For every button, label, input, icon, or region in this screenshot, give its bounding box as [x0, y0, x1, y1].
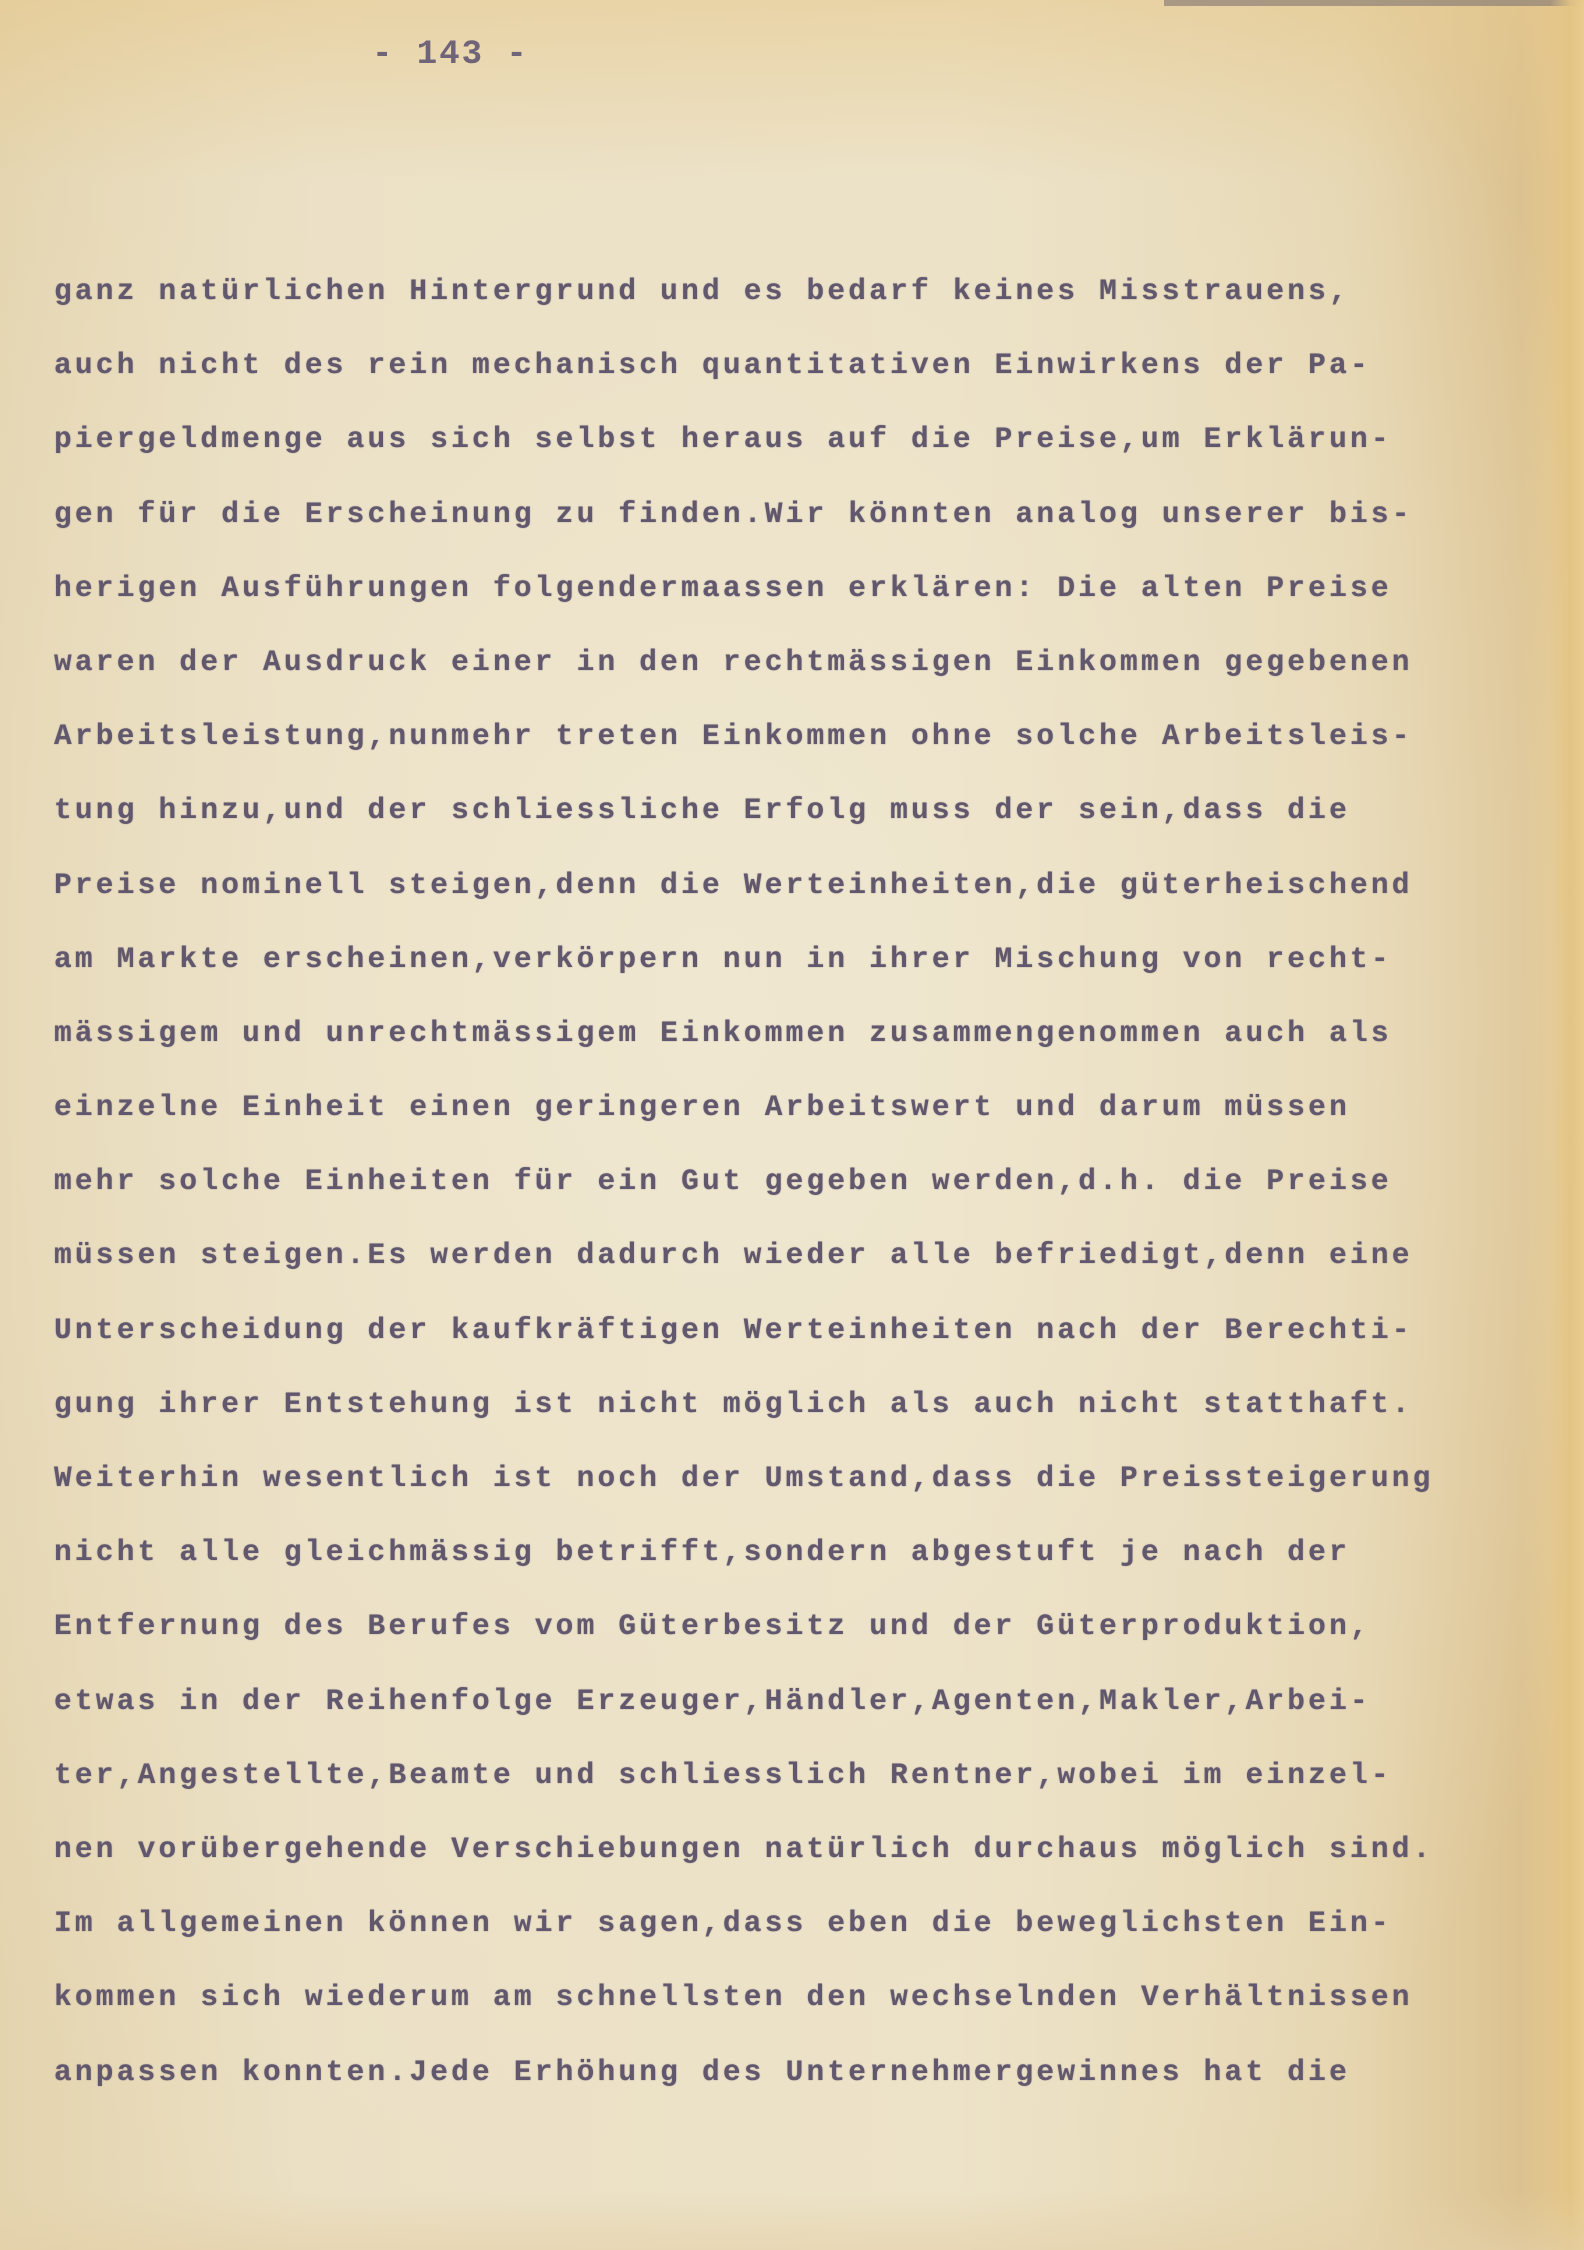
text-line: herigen Ausführungen folgendermaassen er… [54, 551, 1554, 625]
text-line: etwas in der Reihenfolge Erzeuger,Händle… [54, 1664, 1554, 1738]
text-line: Entfernung des Berufes vom Güterbesitz u… [54, 1589, 1554, 1663]
text-line: tung hinzu,und der schliessliche Erfolg … [54, 773, 1554, 847]
text-line: piergeldmenge aus sich selbst heraus auf… [54, 402, 1554, 476]
text-line: auch nicht des rein mechanisch quantitat… [54, 328, 1554, 402]
text-line: gung ihrer Entstehung ist nicht möglich … [54, 1367, 1554, 1441]
text-line: Arbeitsleistung,nunmehr treten Einkommen… [54, 699, 1554, 773]
text-line: Im allgemeinen können wir sagen,dass ebe… [54, 1886, 1554, 1960]
text-line: nen vorübergehende Verschiebungen natürl… [54, 1812, 1554, 1886]
text-line: ganz natürlichen Hintergrund und es beda… [54, 254, 1554, 328]
text-line: anpassen konnten.Jede Erhöhung des Unter… [54, 2035, 1554, 2109]
text-line: Preise nominell steigen,denn die Wertein… [54, 848, 1554, 922]
page-number: - 143 - [372, 36, 529, 74]
typewritten-body: ganz natürlichen Hintergrund und es beda… [54, 254, 1554, 2109]
text-line: mässigem und unrechtmässigem Einkommen z… [54, 996, 1554, 1070]
page-top-edge [1164, 0, 1584, 6]
scanned-page: - 143 - ganz natürlichen Hintergrund und… [0, 0, 1584, 2250]
text-line: mehr solche Einheiten für ein Gut gegebe… [54, 1144, 1554, 1218]
text-line: waren der Ausdruck einer in den rechtmäs… [54, 625, 1554, 699]
text-line: gen für die Erscheinung zu finden.Wir kö… [54, 477, 1554, 551]
text-line: müssen steigen.Es werden dadurch wieder … [54, 1218, 1554, 1292]
text-line: kommen sich wiederum am schnellsten den … [54, 1960, 1554, 2034]
text-line: nicht alle gleichmässig betrifft,sondern… [54, 1515, 1554, 1589]
text-line: Unterscheidung der kaufkräftigen Wertein… [54, 1293, 1554, 1367]
text-line: am Markte erscheinen,verkörpern nun in i… [54, 922, 1554, 996]
text-line: einzelne Einheit einen geringeren Arbeit… [54, 1070, 1554, 1144]
page-right-edge [1550, 0, 1584, 2250]
text-line: ter,Angestellte,Beamte und schliesslich … [54, 1738, 1554, 1812]
text-line: Weiterhin wesentlich ist noch der Umstan… [54, 1441, 1554, 1515]
page-bottom-edge [0, 2190, 1584, 2250]
